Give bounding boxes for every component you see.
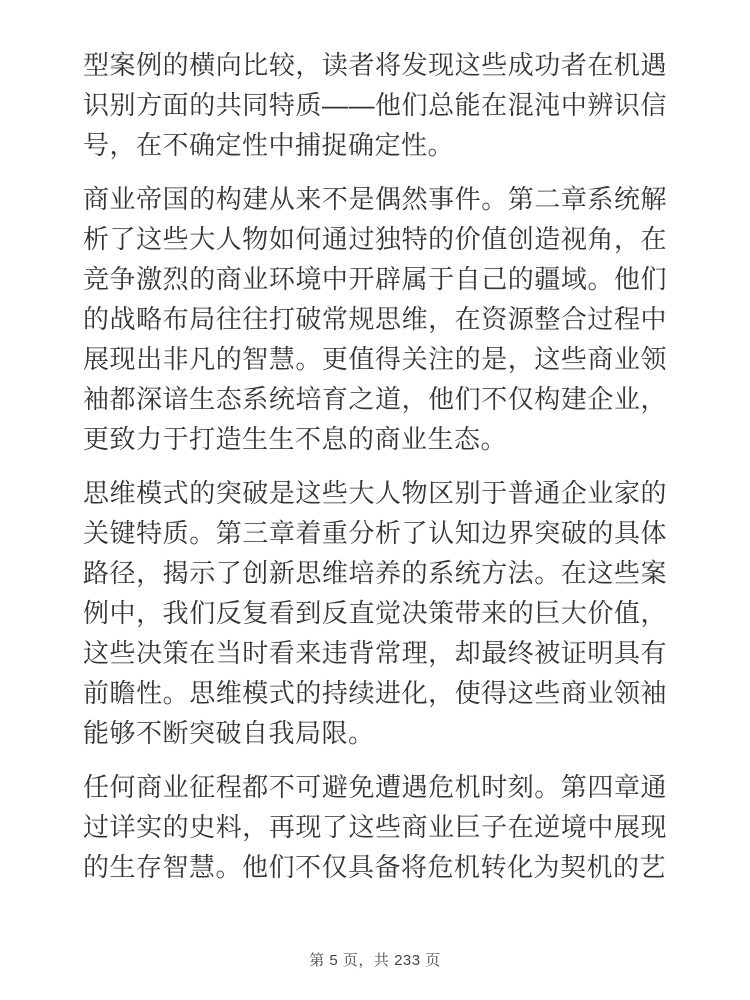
paragraph: 商业帝国的构建从来不是偶然事件。第二章系统解析了这些大人物如何通过独特的价值创造… [83,179,667,459]
paragraph: 型案例的横向比较，读者将发现这些成功者在机遇识别方面的共同特质——他们总能在混沌… [83,45,667,165]
page-number-indicator: 第 5 页，共 233 页 [0,949,750,970]
page-text-body: 型案例的横向比较，读者将发现这些成功者在机遇识别方面的共同特质——他们总能在混沌… [83,45,667,901]
paragraph: 思维模式的突破是这些大人物区别于普通企业家的关键特质。第三章着重分析了认知边界突… [83,473,667,753]
paragraph: 任何商业征程都不可避免遭遇危机时刻。第四章通过详实的史料，再现了这些商业巨子在逆… [83,767,667,887]
document-page: 型案例的横向比较，读者将发现这些成功者在机遇识别方面的共同特质——他们总能在混沌… [0,0,750,1000]
